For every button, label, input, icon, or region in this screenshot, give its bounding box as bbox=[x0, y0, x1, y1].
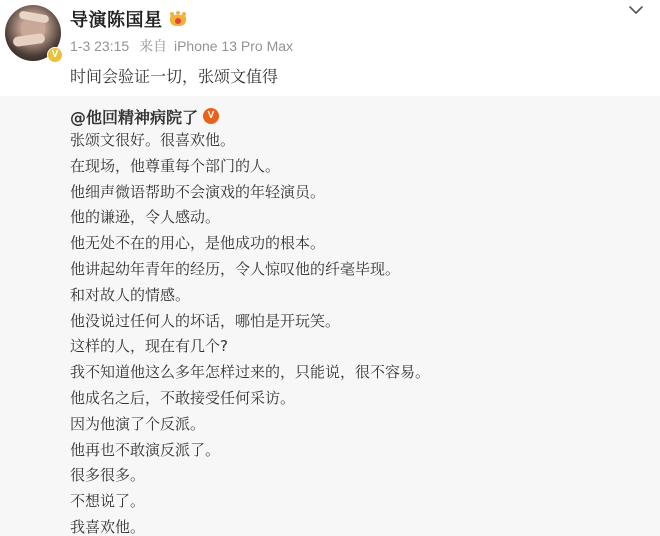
repost-line: 因为他演了个反派。 bbox=[70, 412, 660, 438]
post-timestamp: 1-3 23:15 bbox=[70, 38, 129, 54]
repost-line: 他的谦逊，令人感动。 bbox=[70, 205, 660, 231]
chevron-down-icon[interactable] bbox=[626, 2, 646, 16]
repost-line: 我喜欢他。 bbox=[70, 515, 660, 536]
repost-line: 在现场，他尊重每个部门的人。 bbox=[70, 154, 660, 180]
repost-text: 张颂文很好。很喜欢他。 在现场，他尊重每个部门的人。 他细声微语帮助不会演戏的年… bbox=[70, 128, 660, 536]
verified-orange-v-icon: V bbox=[203, 108, 219, 124]
post-header: V 导演陈国星 1-3 23:15 来自 iPhone 13 Pro Max 时… bbox=[0, 0, 660, 96]
reposted-content[interactable]: @他回精神病院了 V 张颂文很好。很喜欢他。 在现场，他尊重每个部门的人。 他细… bbox=[0, 96, 660, 536]
repost-line: 张颂文很好。很喜欢他。 bbox=[70, 128, 660, 154]
repost-line: 不想说了。 bbox=[70, 489, 660, 515]
repost-line: 这样的人，现在有几个? bbox=[70, 334, 660, 360]
repost-line: 他细声微语帮助不会演戏的年轻演员。 bbox=[70, 180, 660, 206]
verified-yellow-v-icon: V bbox=[47, 47, 63, 63]
source-prefix: 来自 bbox=[139, 38, 167, 54]
source-device: iPhone 13 Pro Max bbox=[174, 38, 293, 54]
author-name[interactable]: 导演陈国星 bbox=[70, 6, 163, 32]
post-meta: 1-3 23:15 来自 iPhone 13 Pro Max bbox=[70, 36, 293, 56]
post-text: 时间会验证一切，张颂文值得 bbox=[70, 64, 278, 87]
repost-line: 他没说过任何人的坏话，哪怕是开玩笑。 bbox=[70, 309, 660, 335]
repost-line: 和对故人的情感。 bbox=[70, 283, 660, 309]
repost-author-link[interactable]: @他回精神病院了 bbox=[70, 105, 198, 128]
weibo-post: V 导演陈国星 1-3 23:15 来自 iPhone 13 Pro Max 时… bbox=[0, 0, 660, 536]
repost-author-row: @他回精神病院了 V bbox=[70, 104, 660, 128]
repost-line: 他讲起幼年青年的经历，令人惊叹他的纤毫毕现。 bbox=[70, 257, 660, 283]
crown-icon bbox=[169, 11, 187, 27]
author-name-row: 导演陈国星 bbox=[70, 6, 187, 32]
author-avatar[interactable]: V bbox=[5, 5, 61, 61]
repost-line: 他再也不敢演反派了。 bbox=[70, 438, 660, 464]
repost-line: 他无处不在的用心，是他成功的根本。 bbox=[70, 231, 660, 257]
repost-line: 我不知道他这么多年怎样过来的，只能说，很不容易。 bbox=[70, 360, 660, 386]
repost-line: 很多很多。 bbox=[70, 463, 660, 489]
repost-line: 他成名之后，不敢接受任何采访。 bbox=[70, 386, 660, 412]
